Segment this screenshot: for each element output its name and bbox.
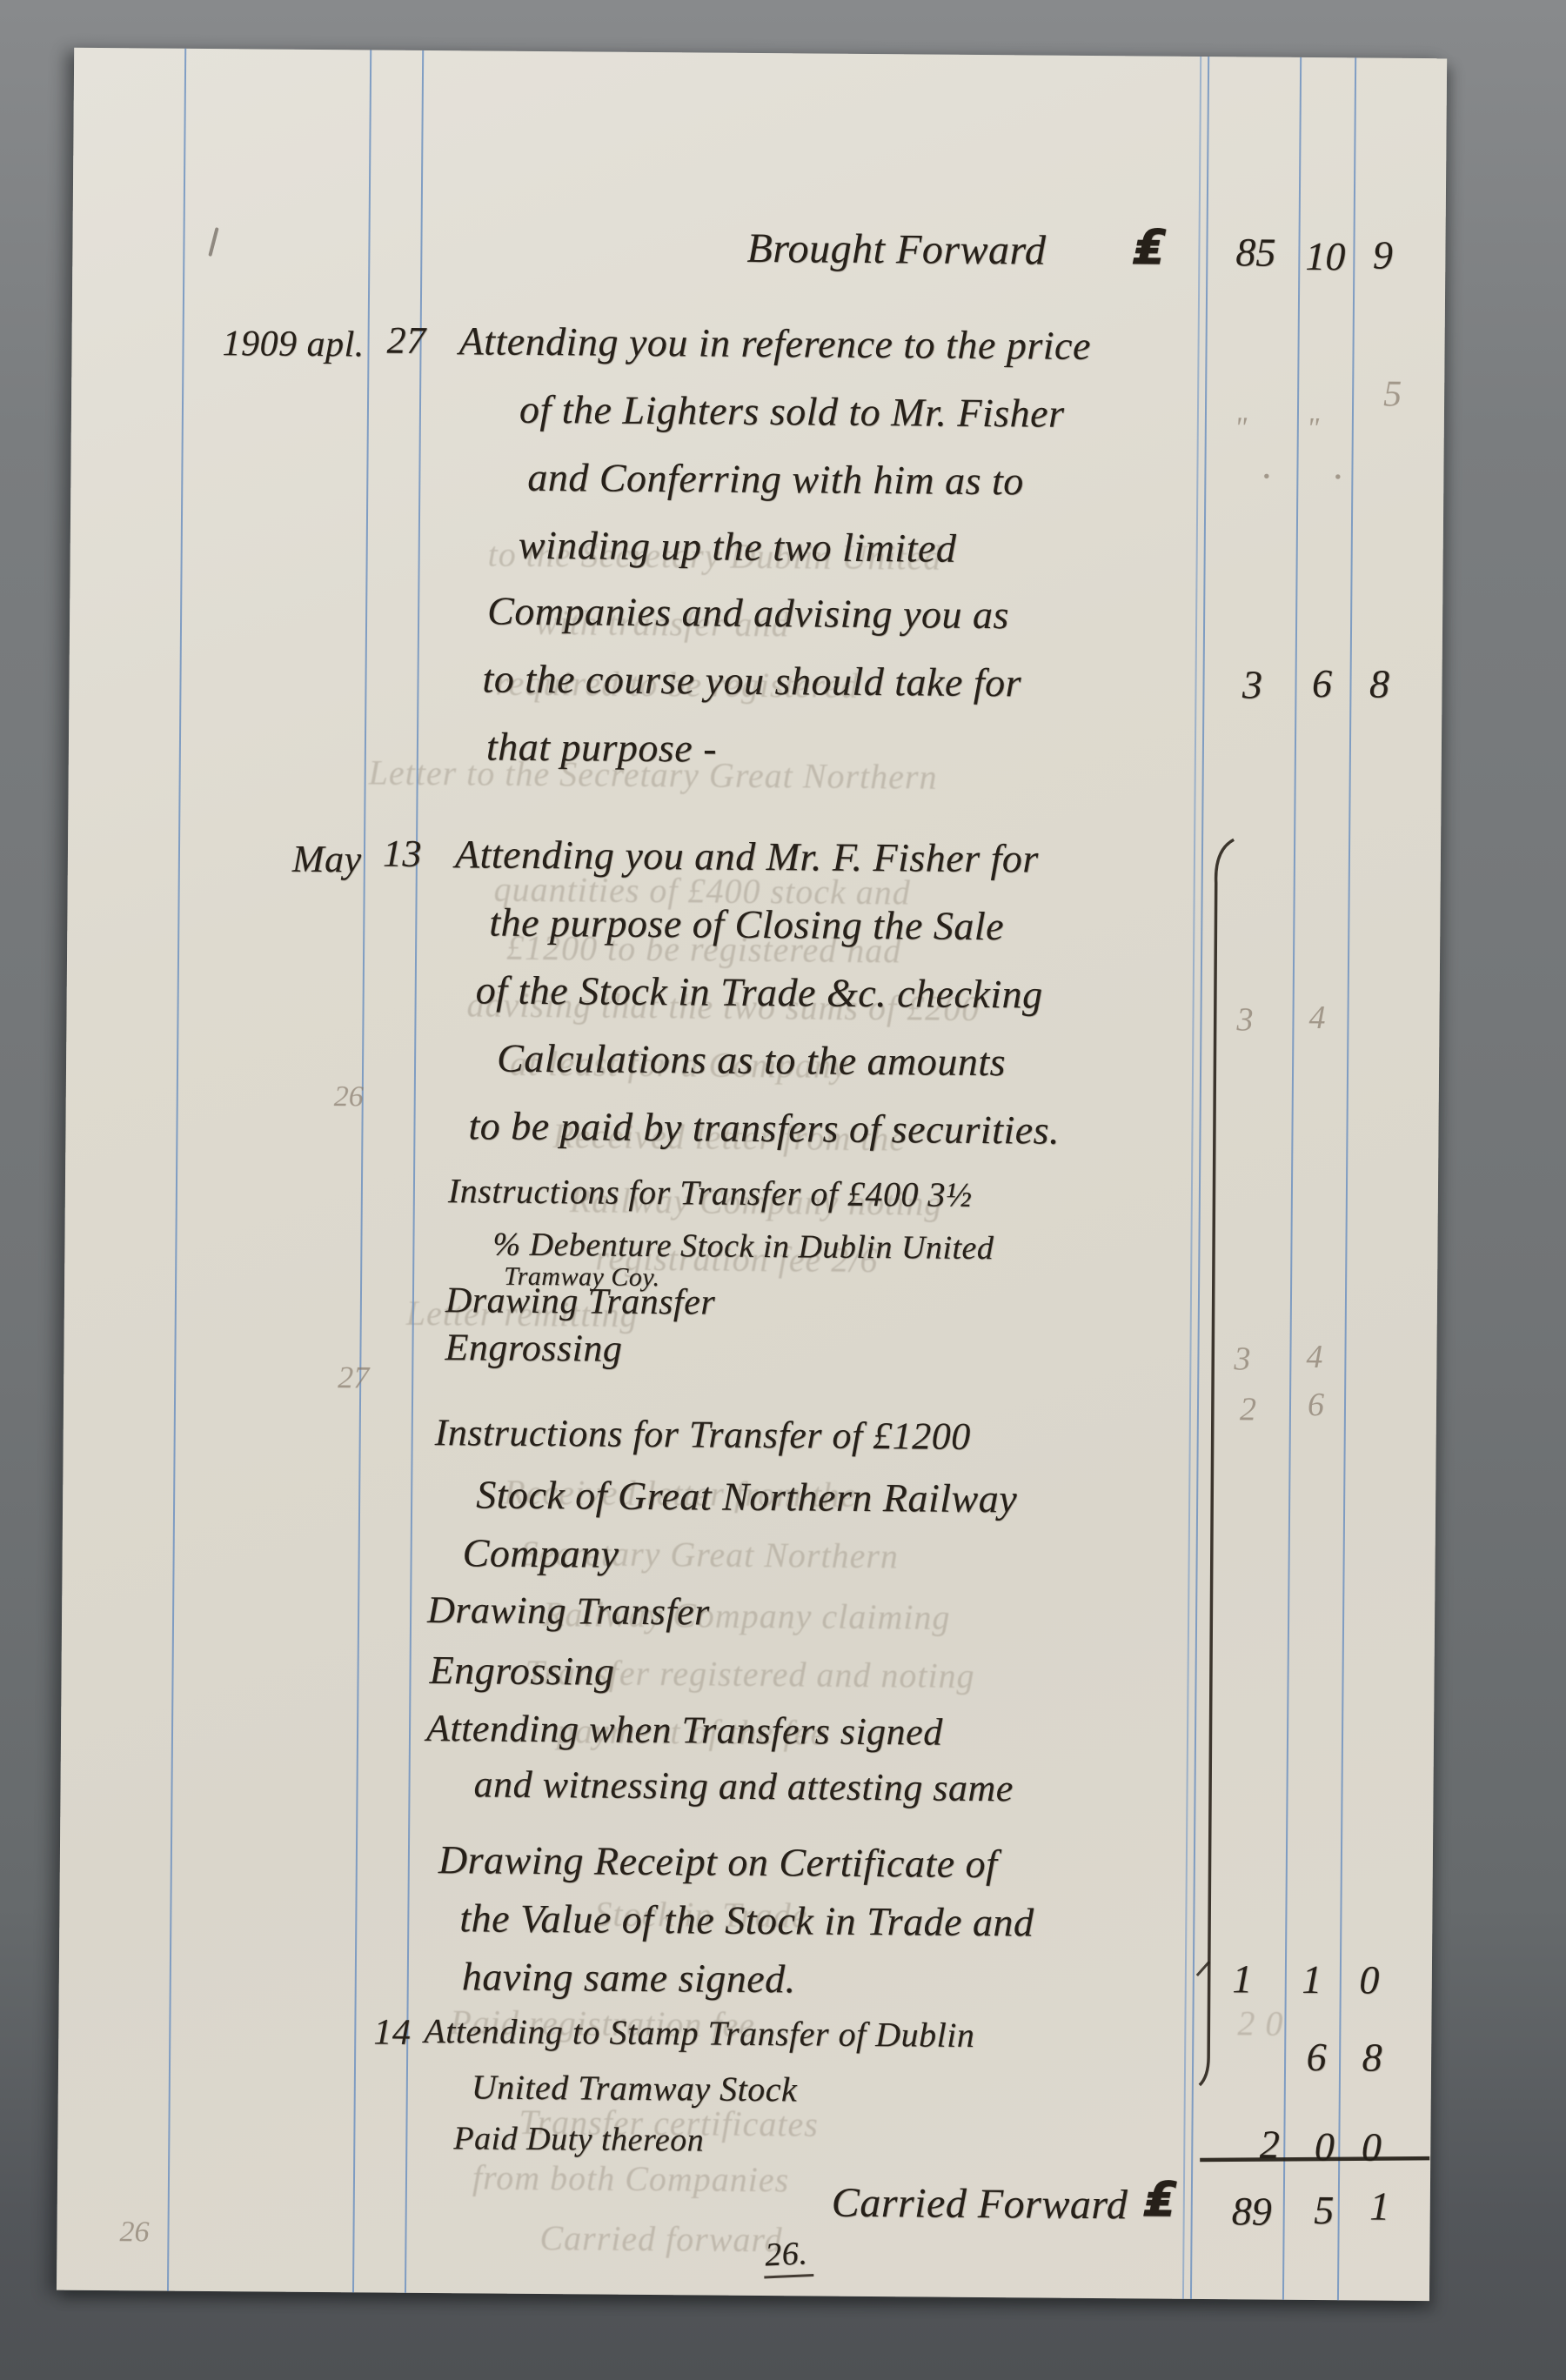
pound-sign: ₤ <box>1132 219 1167 276</box>
entry-line: having same signed. <box>462 1953 796 2002</box>
entry-line: Drawing Transfer <box>427 1588 710 1635</box>
entry-line: that purpose - <box>486 724 718 772</box>
entry-line: Drawing Transfer <box>445 1280 716 1323</box>
entry-date: 1909 apl. <box>222 323 365 365</box>
entry-day: 27 <box>386 318 425 363</box>
entry-line: Instructions for Transfer of £1200 <box>435 1410 971 1459</box>
entry-line: to the course you should take for <box>482 655 1021 705</box>
entry-line: Stock of Great Northern Railway <box>476 1471 1017 1521</box>
entry-line: Attending you in reference to the price <box>458 318 1091 369</box>
entry-line: Companies and advising you as <box>487 588 1009 638</box>
entry-amount-shillings: 6 <box>1288 660 1355 707</box>
entry-day: 13 <box>383 832 422 876</box>
carried-forward-pence: 1 <box>1347 2183 1413 2230</box>
scanned-document-background: to the Secretary Dublin United with tran… <box>0 0 1566 2380</box>
entry-line: winding up the two limited <box>519 522 957 572</box>
entry-line: of the Lighters sold to Mr. Fisher <box>519 386 1065 437</box>
entry-amount-pence: 8 <box>1346 660 1412 707</box>
entry-amount-shillings: 1 <box>1279 1956 1345 2003</box>
entry-amount-pence: 0 <box>1336 1956 1402 2003</box>
entry-line: Drawing Receipt on Certificate of <box>438 1836 998 1887</box>
entry-line: Engrossing <box>429 1647 614 1695</box>
entry-line: Paid Duty thereon <box>453 2119 704 2159</box>
entry-day: 14 <box>373 2012 411 2054</box>
entry-amount-pence: 0 <box>1338 2123 1404 2170</box>
entry-line: Calculations as to the amounts <box>497 1035 1006 1086</box>
carried-forward-label: Carried Forward <box>832 2179 1128 2230</box>
brought-forward-pounds: 85 <box>1222 229 1288 276</box>
entry-line: of the Stock in Trade &c. checking <box>476 966 1043 1017</box>
entry-amount-pounds: 3 <box>1219 661 1285 708</box>
ledger-page: to the Secretary Dublin United with tran… <box>57 48 1447 2301</box>
entry-line: % Debenture Stock in Dublin United <box>492 1226 994 1268</box>
entry-line: Attending to Stamp Transfer of Dublin <box>424 2010 974 2056</box>
entry-line: Attending you and Mr. F. Fisher for <box>455 831 1039 881</box>
handwriting-layer: Brought Forward ₤ 85 10 9 1909 apl. 27 A… <box>57 48 1447 2301</box>
brought-forward-label: Brought Forward <box>746 224 1046 275</box>
entry-line: and Conferring with him as to <box>527 454 1024 504</box>
entry-amount-pence: 8 <box>1339 2034 1405 2081</box>
entry-date: May <box>292 837 362 882</box>
entry-line: to be paid by transfers of securities. <box>468 1102 1060 1153</box>
entry-line: Instructions for Transfer of £400 3½ <box>448 1170 973 1215</box>
entry-line: the purpose of Closing the Sale <box>489 899 1004 950</box>
entry-line: the Value of the Stock in Trade and <box>459 1895 1034 1945</box>
entry-line: Engrossing <box>445 1325 622 1371</box>
entry-line: Company <box>462 1529 619 1576</box>
brought-forward-shillings: 10 <box>1292 233 1358 280</box>
entry-line: United Tramway Stock <box>472 2066 798 2109</box>
brought-forward-pence: 9 <box>1349 231 1415 278</box>
entry-amount-pounds: 1 <box>1209 1955 1275 2002</box>
entry-line: Attending when Transfers signed <box>426 1706 943 1755</box>
pound-sign: ₤ <box>1143 2171 1178 2228</box>
folio-number: 26. <box>762 2234 813 2278</box>
carried-forward-pounds: 89 <box>1219 2188 1285 2235</box>
entry-line: and witnessing and attesting same <box>473 1762 1014 1810</box>
